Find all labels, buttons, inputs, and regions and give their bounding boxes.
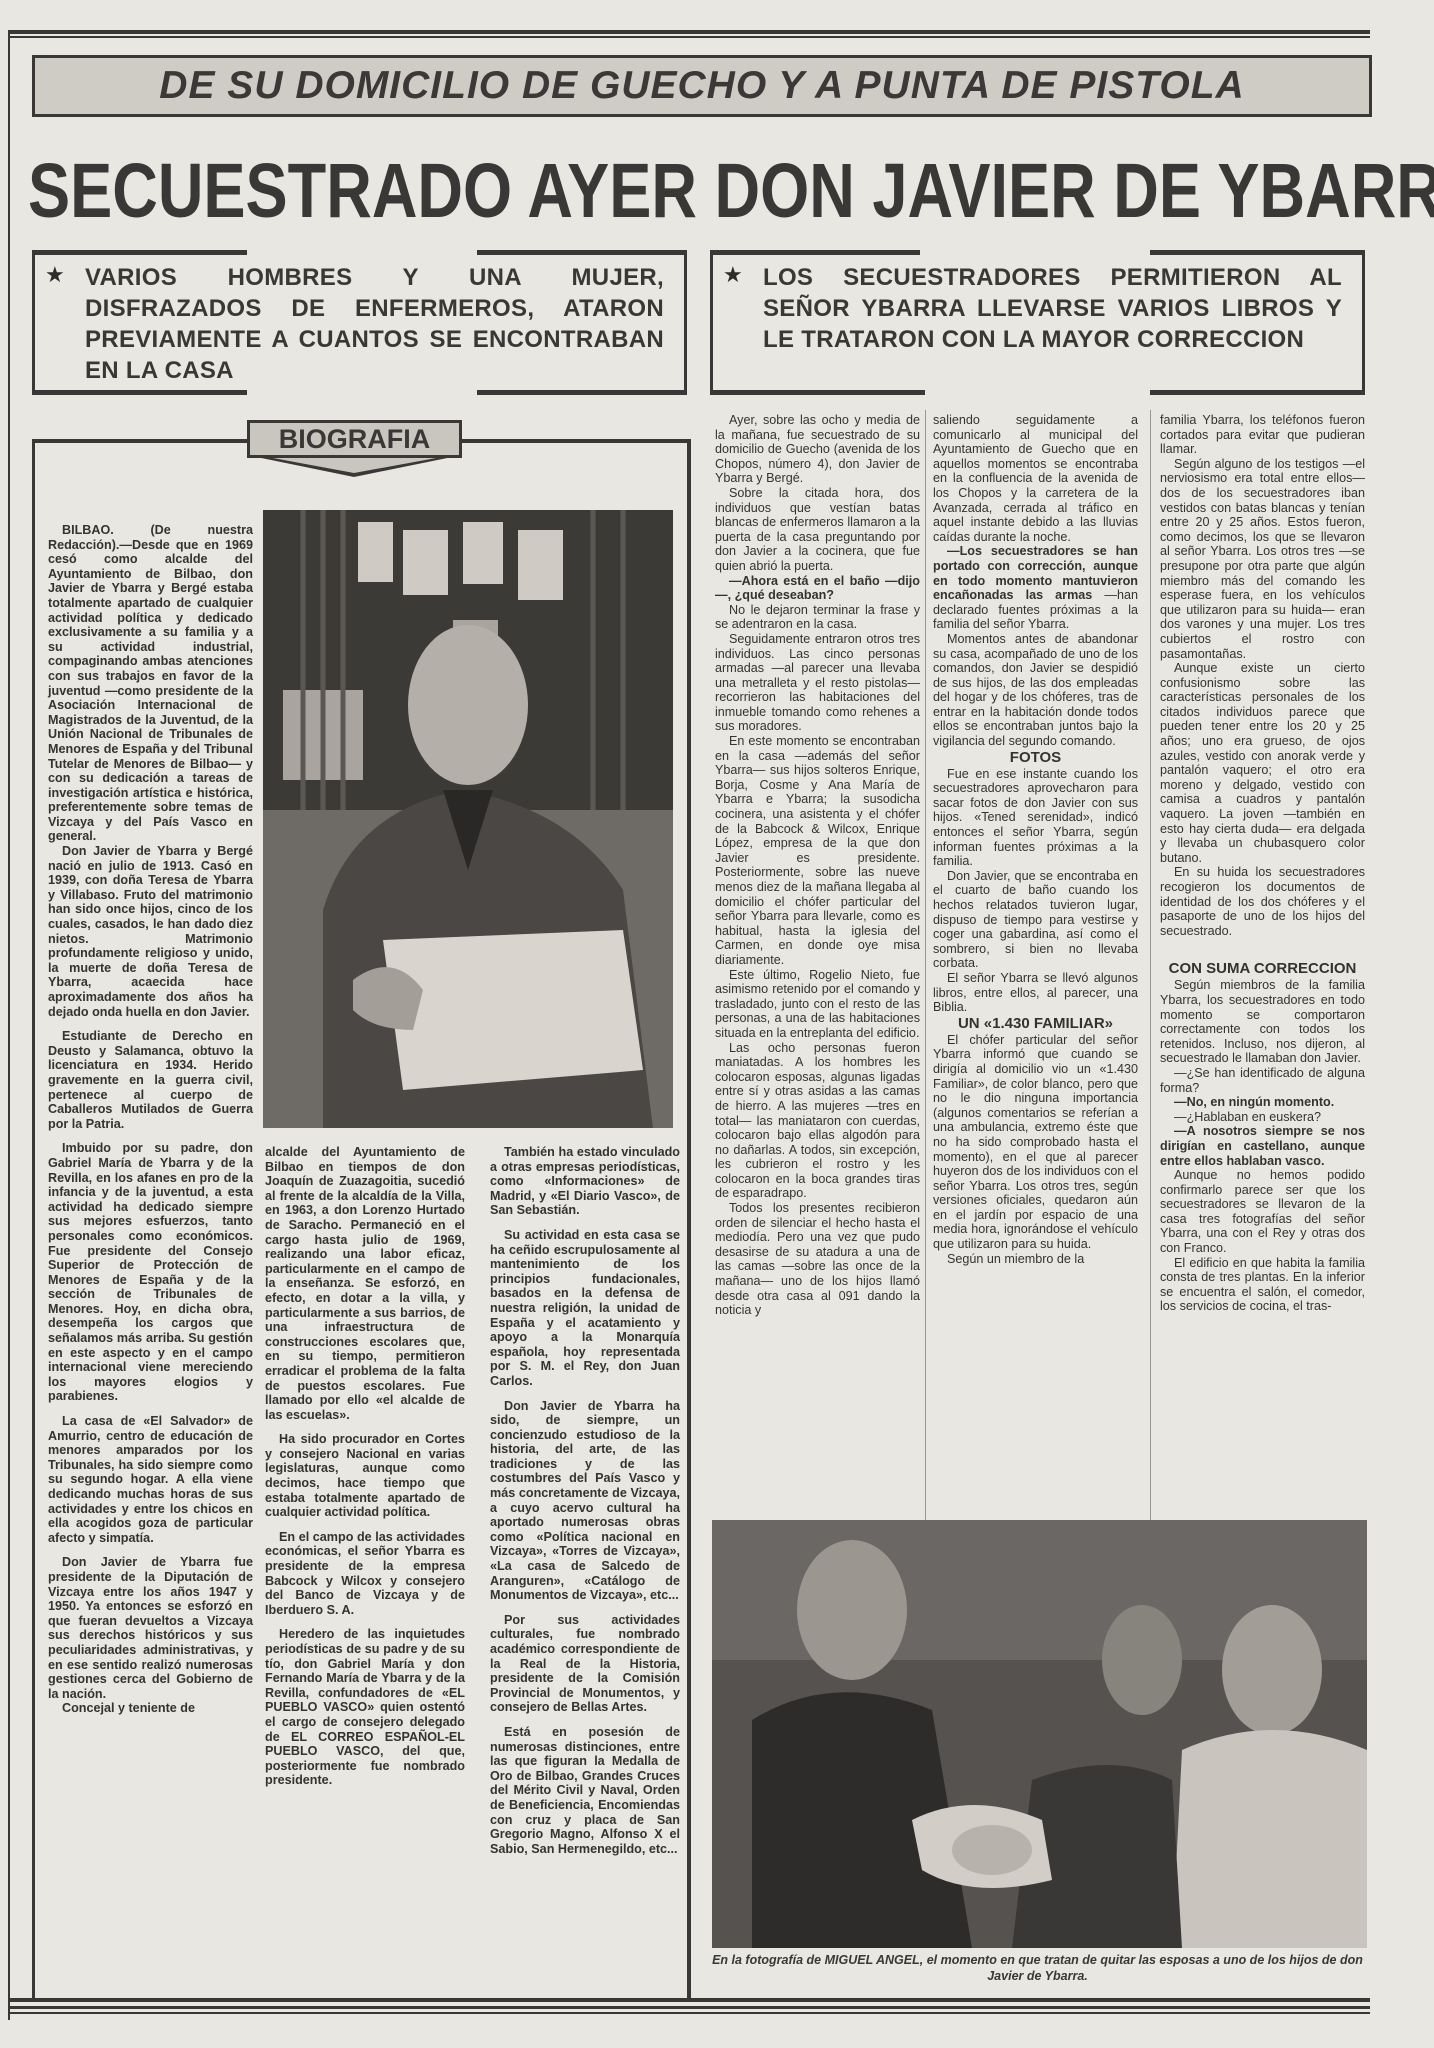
article-paragraph: Según miembros de la familia Ybarra, los… bbox=[1160, 978, 1365, 1066]
bio-paragraph: Está en posesión de numerosas distincion… bbox=[490, 1725, 680, 1856]
bio-paragraph: En el campo de las actividades económica… bbox=[265, 1530, 465, 1618]
article-paragraph: Todos los presentes recibieron orden de … bbox=[715, 1201, 920, 1318]
article-paragraph: Ayer, sobre las ocho y media de la mañan… bbox=[715, 413, 920, 486]
article-paragraph: Seguidamente entraron otros tres individ… bbox=[715, 632, 920, 734]
bio-paragraph: Concejal y teniente de bbox=[48, 1701, 253, 1716]
news-photo bbox=[712, 1520, 1367, 1948]
article-paragraph: En este momento se encontraban en la cas… bbox=[715, 734, 920, 968]
bio-column-3: También ha estado vinculado a otras empr… bbox=[490, 1145, 680, 1856]
bio-paragraph: También ha estado vinculado a otras empr… bbox=[490, 1145, 680, 1218]
page-title: SECUESTRADO AYER DON JAVIER DE YBARRA Y … bbox=[28, 148, 1381, 234]
subhead-correccion: CON SUMA CORRECCION bbox=[1160, 960, 1365, 978]
bio-paragraph: Don Javier de Ybarra fue presidente de l… bbox=[48, 1555, 253, 1701]
article-paragraph: El señor Ybarra se llevó algunos libros,… bbox=[933, 971, 1138, 1015]
article-paragraph: Sobre la citada hora, dos individuos que… bbox=[715, 486, 920, 574]
deck-right-text: LOS SECUESTRADORES PERMITIERON AL SEÑOR … bbox=[763, 262, 1342, 355]
photo-caption: En la fotografía de MIGUEL ANGEL, el mom… bbox=[705, 1952, 1370, 1984]
bottom-rule-2 bbox=[8, 2006, 1370, 2009]
deck-right: ★ LOS SECUESTRADORES PERMITIERON AL SEÑO… bbox=[710, 250, 1365, 395]
article-paragraph: Aunque no hemos podido confirmarlo parec… bbox=[1160, 1168, 1365, 1256]
article-answer: —No, en ningún momento. bbox=[1160, 1095, 1365, 1110]
article-paragraph: El chófer particular del señor Ybarra in… bbox=[933, 1033, 1138, 1252]
bio-paragraph: Por sus actividades culturales, fue nomb… bbox=[490, 1613, 680, 1715]
bio-paragraph: Don Javier de Ybarra ha sido, de siempre… bbox=[490, 1399, 680, 1603]
portrait-image-icon bbox=[263, 510, 673, 1128]
deck-left-text: VARIOS HOMBRES Y UNA MUJER, DISFRAZADOS … bbox=[85, 262, 664, 386]
kicker-banner: DE SU DOMICILIO DE GUECHO Y A PUNTA DE P… bbox=[32, 55, 1372, 117]
bio-paragraph: Estudiante de Derecho en Deusto y Salama… bbox=[48, 1029, 253, 1131]
article-column-1: Ayer, sobre las ocho y media de la mañan… bbox=[715, 413, 920, 1318]
article-paragraph: No le dejaron terminar la frase y se ade… bbox=[715, 603, 920, 632]
biografia-label: BIOGRAFIA bbox=[279, 424, 431, 455]
article-paragraph: Don Javier, que se encontraba en el cuar… bbox=[933, 869, 1138, 971]
kicker-text: DE SU DOMICILIO DE GUECHO Y A PUNTA DE P… bbox=[159, 64, 1244, 108]
article-paragraph: Las ocho personas fueron maniatadas. A l… bbox=[715, 1041, 920, 1202]
article-paragraph: El edificio en que habita la familia con… bbox=[1160, 1256, 1365, 1314]
bottom-rule-3 bbox=[8, 2012, 1370, 2014]
subhead-fotos: FOTOS bbox=[933, 749, 1138, 767]
bio-paragraph: La casa de «El Salvador» de Amurrio, cen… bbox=[48, 1414, 253, 1545]
bio-column-2: alcalde del Ayuntamiento de Bilbao en ti… bbox=[265, 1145, 465, 1788]
article-paragraph: saliendo seguidamente a comunicarlo al m… bbox=[933, 413, 1138, 544]
biografia-tag: BIOGRAFIA bbox=[247, 420, 462, 475]
bottom-rule bbox=[8, 1998, 1370, 2002]
bio-paragraph: Ha sido procurador en Cortes y consejero… bbox=[265, 1432, 465, 1520]
bio-box-left bbox=[32, 439, 35, 1999]
bio-box-right bbox=[687, 439, 691, 1999]
column-divider bbox=[1150, 410, 1151, 1520]
column-divider bbox=[925, 410, 926, 1520]
bio-paragraph: BILBAO. (De nuestra Redacción).—Desde qu… bbox=[48, 523, 253, 844]
bio-box-top-right bbox=[462, 439, 690, 443]
bio-paragraph: Imbuido por su padre, don Gabriel María … bbox=[48, 1141, 253, 1404]
news-photo-image-icon bbox=[712, 1520, 1367, 1948]
article-paragraph: Fue en ese instante cuando los secuestra… bbox=[933, 767, 1138, 869]
left-border bbox=[8, 30, 10, 2020]
bio-paragraph: alcalde del Ayuntamiento de Bilbao en ti… bbox=[265, 1145, 465, 1422]
star-icon: ★ bbox=[723, 262, 743, 288]
article-paragraph: Momentos antes de abandonar su casa, aco… bbox=[933, 632, 1138, 749]
bio-paragraph: Su actividad en esta casa se ha ceñido e… bbox=[490, 1228, 680, 1389]
article-column-2: saliendo seguidamente a comunicarlo al m… bbox=[933, 413, 1138, 1266]
bio-box-top-left bbox=[32, 439, 247, 443]
article-paragraph: Según alguno de los testigos —el nervios… bbox=[1160, 457, 1365, 661]
article-paragraph: Aunque existe un cierto confusionismo so… bbox=[1160, 661, 1365, 865]
article-quote: —Ahora está en el baño —dijo—, ¿qué dese… bbox=[715, 574, 920, 603]
article-paragraph: familia Ybarra, los teléfonos fueron cor… bbox=[1160, 413, 1365, 457]
deck-left: ★ VARIOS HOMBRES Y UNA MUJER, DISFRAZADO… bbox=[32, 250, 687, 395]
portrait-photo bbox=[263, 510, 673, 1128]
article-paragraph: —¿Se han identificado de alguna forma? bbox=[1160, 1066, 1365, 1095]
top-double-rule-2 bbox=[8, 36, 1370, 38]
article-answer: —A nosotros siempre se nos dirigían en c… bbox=[1160, 1124, 1365, 1168]
star-icon: ★ bbox=[45, 262, 65, 288]
article-column-3: familia Ybarra, los teléfonos fueron cor… bbox=[1160, 413, 1365, 1314]
top-double-rule bbox=[8, 30, 1370, 34]
article-paragraph: —¿Hablaban en euskera? bbox=[1160, 1110, 1365, 1125]
bio-paragraph: Don Javier de Ybarra y Bergé nació en ju… bbox=[48, 844, 253, 1019]
article-paragraph: Según un miembro de la bbox=[933, 1252, 1138, 1267]
bio-paragraph: Heredero de las inquietudes periodística… bbox=[265, 1627, 465, 1788]
subhead-familiar: UN «1.430 FAMILIAR» bbox=[933, 1015, 1138, 1033]
bio-column-1: BILBAO. (De nuestra Redacción).—Desde qu… bbox=[48, 523, 253, 1716]
article-paragraph: Este último, Rogelio Nieto, fue asimismo… bbox=[715, 968, 920, 1041]
article-quote: —Los secuestradores se han portado con c… bbox=[933, 544, 1138, 632]
article-paragraph: En su huida los secuestradores recogiero… bbox=[1160, 865, 1365, 938]
